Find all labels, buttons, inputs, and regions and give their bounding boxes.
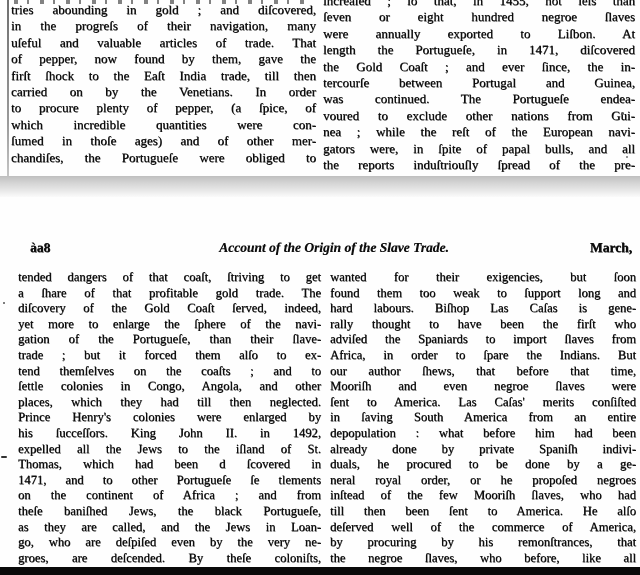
text-line: tend themſelves on the coaſts ; and to (18, 364, 321, 380)
text-line: in the progreſs of their navigation, man… (11, 18, 316, 34)
ink-speck (621, 112, 624, 115)
text-line: yet more to enlarge the ſphere of the na… (18, 317, 321, 333)
text-line: till then been ſent to America. He alſo (330, 504, 636, 520)
text-line: chandiſes, the Portugueſe were obliged t… (11, 150, 316, 166)
text-line: rally thought to have been the firſt who (330, 317, 636, 333)
text-line: his ſucceſſors. King John II. in 1492, (18, 426, 321, 442)
text-line: length the Portugueſe, in 1471, diſcover… (323, 42, 635, 58)
text-line: found them too weak to ſupport long and (330, 286, 636, 302)
text-line: our author ſhews, that before that time, (330, 364, 636, 380)
text-line: was continued. The Portugueſe endea- (323, 91, 635, 107)
text-line: the Gold Coaſt ; and ever ſince, the in- (323, 59, 635, 75)
text-line: hard labours. Biſhop Las Caſas is gene- (330, 301, 636, 317)
margin-mark (1, 456, 7, 458)
text-line: neral royal order, or he propoſed negroe… (330, 473, 636, 489)
text-line: ſeven or eight hundred negroe ſlaves (323, 9, 635, 25)
text-line: on the continent of Africa ; and from (18, 488, 321, 504)
bottom-left-column: tended dangers of that coaſt, ſtriving t… (18, 270, 321, 566)
text-line: which incredible quantities were con- (11, 117, 316, 133)
page-number: àa8 (30, 240, 50, 256)
text-line: tries abounding in gold ; and diſcovered… (11, 2, 316, 18)
text-line: adviſed the Spaniards to import ſlaves f… (330, 332, 636, 348)
running-title: Account of the Origin of the Slave Trade… (124, 240, 544, 256)
text-line: ſettle colonies in Congo, Angola, and ot… (18, 379, 321, 395)
text-line: of pepper, now found by them, gave the (11, 51, 316, 67)
text-line: already done by private Spaniſh indivi- (330, 442, 636, 458)
text-line: trade ; but it forced them alſo to ex- (18, 348, 321, 364)
text-line: inſtead of the few Mooriſh ſlaves, who h… (330, 488, 636, 504)
text-line: deſerved well of the commerce of America… (330, 520, 636, 536)
clipped-text-remnants (14, 0, 308, 4)
page-bottom: àa8 Account of the Origin of the Slave T… (0, 197, 640, 568)
text-line: theſe baniſhed Jews, the black Portugueſ… (18, 504, 321, 520)
text-line: nea ; while the reſt of the European nav… (323, 124, 635, 140)
text-line: were annually exported to Liſbon. At (323, 26, 635, 42)
text-line: places, which they had till then neglect… (18, 395, 321, 411)
text-line: carried on by the Venetians. In order (11, 84, 316, 100)
text-line: depopulation : what before him had been (330, 426, 636, 442)
text-line: the negroe ſlaves, who before, like all (330, 551, 636, 567)
text-line: duals, he procured to be done by a ge- (330, 457, 636, 473)
text-line: tercourſe between Portugal and Guinea, (323, 75, 635, 91)
top-left-column: tries abounding in gold ; and diſcovered… (11, 2, 316, 166)
scanned-document-page: { "scan": { "watermark": "Google" }, "pa… (0, 0, 640, 575)
text-line: groes, are deſcended. By theſe coloniſts… (18, 551, 321, 567)
bottom-right-column: wanted for their exigencies, but ſoonfou… (330, 270, 636, 566)
text-line: wanted for their exigencies, but ſoon (330, 270, 636, 286)
text-line: by procuring by his remonſtrances, that (330, 535, 636, 551)
text-line: diſcovery of the Gold Coaſt ſerved, inde… (18, 301, 321, 317)
bottom-scan-bar (0, 567, 640, 575)
text-line: firſt ſhock to the Eaſt India trade, til… (11, 68, 316, 84)
text-line: Africa, in order to ſpare the Indians. B… (330, 348, 636, 364)
clipped-text-line: increaſed ; ſo that, in 1455, not leſs t… (323, 0, 635, 9)
text-line: Thomas, which had been d ſcovered in (18, 457, 321, 473)
text-line: ſumed in thoſe ages) and of other mer- (11, 133, 316, 149)
ink-speck (626, 156, 628, 158)
page-top-fragment: tries abounding in gold ; and diſcovered… (0, 0, 640, 176)
text-line: voured to exclude other nations from Gui… (323, 108, 635, 124)
text-line: Prince Henry's colonies were enlarged by (18, 410, 321, 426)
text-line: gators were, in ſpite of papal bulls, an… (323, 141, 635, 157)
page-divider (0, 176, 640, 197)
text-line: to procure plenty of pepper, (a ſpice, o… (11, 100, 316, 116)
ink-speck (3, 302, 5, 304)
left-page-edge-line (7, 0, 9, 176)
page-header: àa8 Account of the Origin of the Slave T… (0, 240, 640, 258)
text-line: the reports induſtriouſly ſpread of the … (323, 157, 635, 173)
text-line: gation of the Portugueſe, than their ſla… (18, 332, 321, 348)
text-line: ſent to America. Las Caſas' merits conſi… (330, 395, 636, 411)
text-line: go, who are deſpiſed even by the very ne… (18, 535, 321, 551)
text-line: Mooriſh and even negroe ſlaves were (330, 379, 636, 395)
top-right-column-lines: ſeven or eight hundred negroe ſlaveswere… (323, 9, 635, 173)
text-line: tended dangers of that coaſt, ſtriving t… (18, 270, 321, 286)
text-line: in ſaving South America from an entire (330, 410, 636, 426)
top-right-column: increaſed ; ſo that, in 1455, not leſs t… (323, 0, 635, 173)
text-line: uſeful and valuable articles of trade. T… (11, 35, 316, 51)
text-line: a ſhare of that profitable gold trade. T… (18, 286, 321, 302)
issue-month: March, (590, 240, 632, 256)
text-line: as they are called, and the Jews in Loan… (18, 520, 321, 536)
text-line: 1471, and to other Portugueſe ſe tlement… (18, 473, 321, 489)
text-line: expelled all the Jews to the iſland of S… (18, 442, 321, 458)
